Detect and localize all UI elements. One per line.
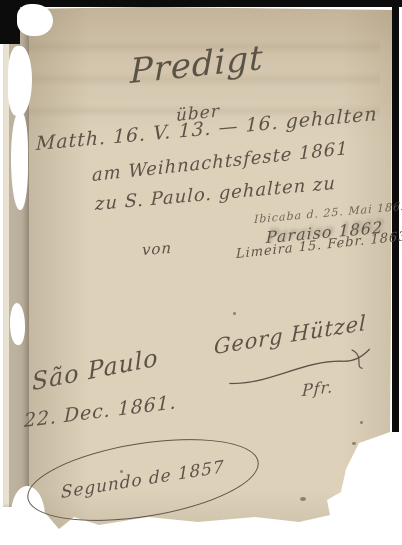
oval-annotation-text: Segundo de 1857 <box>61 457 225 503</box>
paper-speck <box>360 421 363 424</box>
torn-paper-gap <box>11 112 28 210</box>
torn-paper-gap <box>10 303 25 345</box>
scan-border-right <box>392 0 399 432</box>
paper-speck <box>233 312 236 315</box>
signature-role: Pfr. <box>301 377 333 400</box>
scan-border-top <box>0 0 402 7</box>
paper-speck <box>300 497 306 501</box>
torn-paper-gap <box>17 4 53 36</box>
author-prefix-von: von <box>142 239 173 259</box>
paper-speck <box>352 442 356 445</box>
scanned-manuscript-page: Predigt über Matth. 16. V. 13. — 16. geh… <box>0 0 402 545</box>
